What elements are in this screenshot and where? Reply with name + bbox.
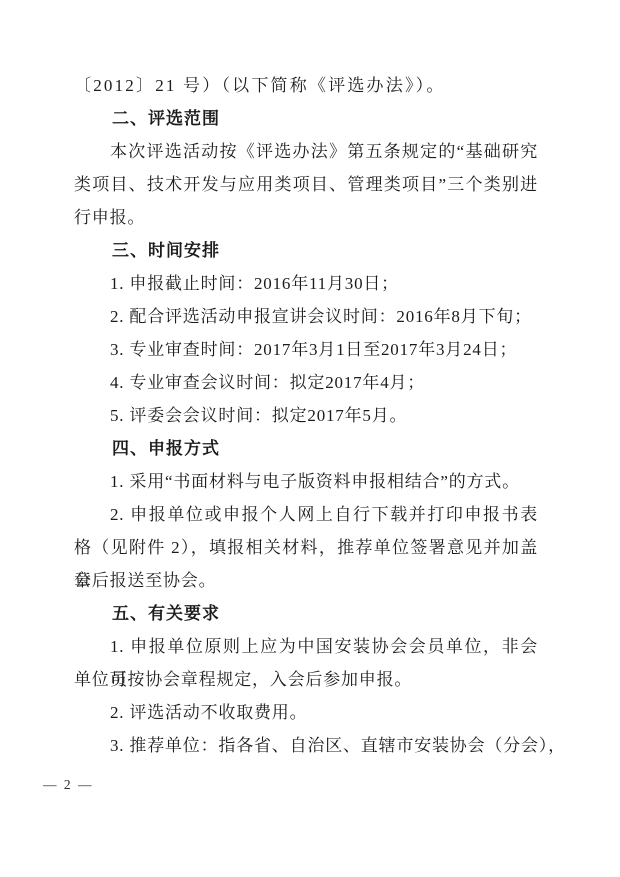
document-line: 〔2012〕21 号）（以下简称《评选办法》）。 (74, 69, 538, 102)
document-body: 〔2012〕21 号）（以下简称《评选办法》）。二、评选范围本次评选活动按《评选… (0, 0, 620, 762)
page-number: — 2 — (43, 777, 94, 792)
section-heading: 三、时间安排 (74, 234, 538, 267)
document-line: 章后报送至协会。 (74, 564, 538, 597)
document-line: 1. 采用“书面材料与电子版资料申报相结合”的方式。 (74, 465, 538, 498)
document-line: 格（见附件 2），填报相关材料，推荐单位签署意见并加盖公 (74, 531, 538, 564)
document-line: 2. 配合评选活动申报宣讲会议时间：2016年8月下旬； (74, 300, 538, 333)
document-page: 〔2012〕21 号）（以下简称《评选办法》）。二、评选范围本次评选活动按《评选… (0, 0, 620, 877)
document-line: 类项目、技术开发与应用类项目、管理类项目”三个类别进 (74, 168, 538, 201)
document-line: 1. 申报截止时间：2016年11月30日； (74, 267, 538, 300)
page-footer: — 2 — (0, 776, 620, 794)
document-line: 5. 评委会会议时间：拟定2017年5月。 (74, 399, 538, 432)
section-heading: 五、有关要求 (74, 597, 538, 630)
document-line: 3. 推荐单位：指各省、自治区、直辖市安装协会（分会）， (74, 729, 538, 762)
document-line: 2. 评选活动不收取费用。 (74, 696, 538, 729)
section-heading: 四、申报方式 (74, 432, 538, 465)
section-heading: 二、评选范围 (74, 102, 538, 135)
document-line: 3. 专业审查时间：2017年3月1日至2017年3月24日； (74, 333, 538, 366)
document-line: 本次评选活动按《评选办法》第五条规定的“基础研究 (74, 135, 538, 168)
document-line: 2. 申报单位或申报个人网上自行下载并打印申报书表 (74, 498, 538, 531)
document-line: 4. 专业审查会议时间：拟定2017年4月； (74, 366, 538, 399)
document-line: 单位可按协会章程规定，入会后参加申报。 (74, 663, 538, 696)
document-line: 1. 申报单位原则上应为中国安装协会会员单位，非会员 (74, 630, 538, 663)
document-line: 行申报。 (74, 201, 538, 234)
